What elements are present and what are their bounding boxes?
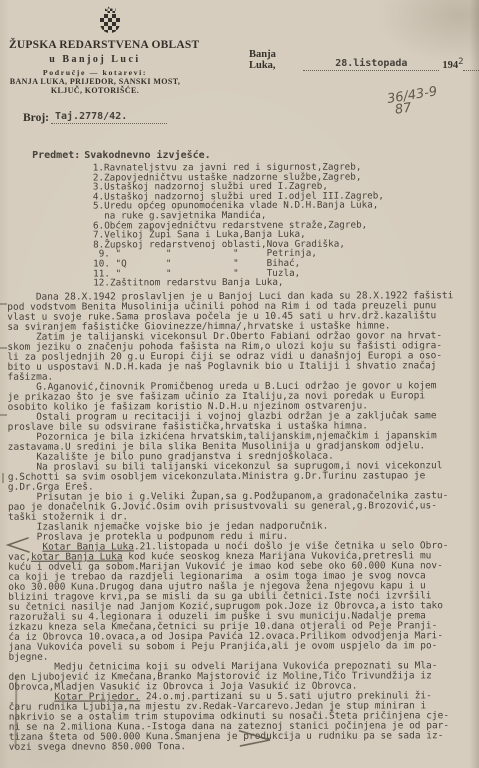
date-line: Banja Luka, 28.listopada 1942 xyxy=(249,49,479,71)
pencil-arrow-mark xyxy=(235,727,276,752)
org-location: u Banjoj Luci xyxy=(9,54,181,65)
crown-icon xyxy=(105,6,116,13)
margin-tick xyxy=(0,303,7,305)
coat-of-arms-crest xyxy=(99,6,121,33)
scanned-document-page: ŽUPSKA REDARSTVENA OBLAST u Banjoj Luci … xyxy=(0,0,479,768)
text-line: vozi svega dnevno 850.000 Tona. xyxy=(9,741,455,753)
pencil-check-mark xyxy=(3,535,31,555)
margin-tick xyxy=(0,347,7,349)
broj-value: Taj.2778/42. xyxy=(51,111,167,124)
broj-label: Broj: xyxy=(23,112,49,124)
checkerboard-shield-icon xyxy=(100,14,120,33)
year-printed: 194 xyxy=(442,60,458,71)
handwritten-file-note: 36/43-9 87 xyxy=(386,86,440,118)
place-label: Banja Luka, xyxy=(249,49,303,71)
distribution-list: 1.Ravnateljstvu za javni red i sigurnost… xyxy=(93,162,384,288)
margin-tick xyxy=(2,473,4,483)
area-label: Područje — kotarevi: xyxy=(9,68,181,77)
reference-number-line: Broj: Taj.2778/42. xyxy=(23,111,167,124)
date-rule-tail xyxy=(463,58,479,71)
typed-date: 28.listopada xyxy=(303,58,439,71)
body-text: Dana 28.X.1942 proslavljen je u Banjoj L… xyxy=(7,291,455,753)
org-name: ŽUPSKA REDARSTVENA OBLAST xyxy=(9,39,181,51)
margin-tick xyxy=(0,414,7,416)
text-line: jana Vukovića poveli su sobom i Peju Pra… xyxy=(8,641,454,653)
text-line: bito u uspostavi N.D.H.kada je naš Pogla… xyxy=(7,361,453,373)
area-districts-line1: BANJA LUKA, PRIJEDOR, SANSKI MOST, xyxy=(9,77,181,86)
subject-label: Predmet: xyxy=(32,150,80,161)
year-typed-digit: 2 xyxy=(458,57,463,67)
text-line: 12.Zaštitnom redarstvu Banja Luka, xyxy=(93,278,384,289)
area-districts-line2: KLJUČ, KOTORIŠĆE. xyxy=(9,86,181,95)
subject-value: Svakodnevno izvješće. xyxy=(84,150,210,161)
